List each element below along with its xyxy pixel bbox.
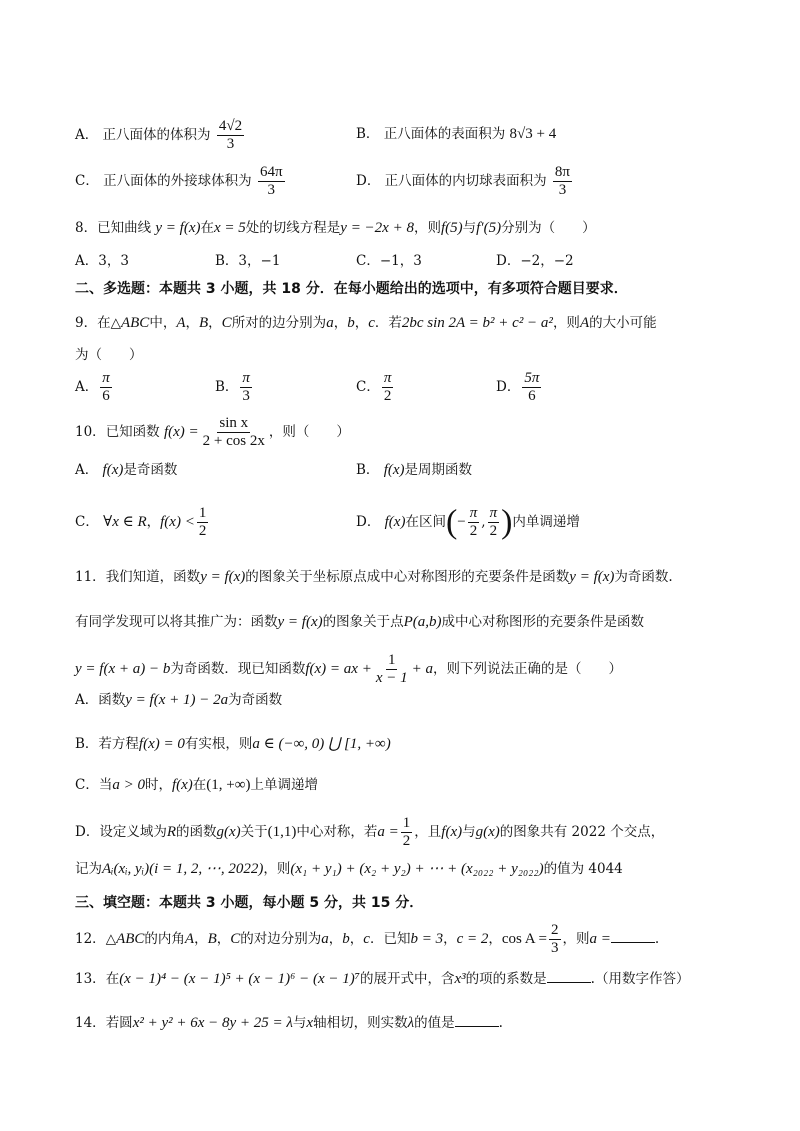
text: 时， [145,777,172,793]
question-8: 8．已知曲线 y = f(x)在x = 5处的切线方程是y = −2x + 8，… [75,218,596,238]
text: ， [147,514,161,530]
question-number: 8． [75,220,97,236]
math-var: A [176,315,185,331]
text: 在 [201,220,215,236]
text: ．已知 [370,931,411,947]
math-expr: 2bc sin 2A = b² + c² − a² [402,315,553,331]
option-text: 是奇函数 [123,462,177,478]
math-expr: ∀x ∈ R [103,514,146,530]
option-label: C． [75,777,99,793]
q7-option-d: D． 正八面体的内切球表面积为 8π3 [356,164,574,199]
math-expr: y = f(x + a) − b [75,661,170,677]
math-expr: f(x) = [164,424,199,440]
math-expr: f(x) [385,514,406,530]
text: 处的切线方程是 [246,220,341,236]
text: 在△ [97,315,121,331]
option-value: −2，−2 [520,253,573,269]
denominator: 3 [265,182,277,199]
numerator: π [100,370,112,388]
numerator: π [240,370,252,388]
option-value: 3，3 [98,253,129,269]
numerator: 4√2 [217,118,244,136]
text: 中心对称，若 [296,824,377,840]
math-var: b [342,931,350,947]
option-label: D． [356,514,380,530]
math-expr: f(5) [441,220,463,236]
option-label: D． [75,824,99,840]
math-expr: a ∈ (−∞, 0) ⋃ [1, +∞) [252,736,390,752]
denominator: 2 [488,523,500,540]
q11-option-a: A．函数y = f(x + 1) − 2a为奇函数 [75,690,282,710]
q7-option-b: B． 正八面体的表面积为 8√3 + 4 [356,124,556,144]
text: 有实根，则 [185,736,253,752]
math-expr: f(x) = 0 [139,736,185,752]
denominator: 3 [240,388,252,405]
math-expr: b = 3 [410,931,443,947]
text: 有同学发现可以将其推广为：函数 [75,614,278,630]
numerator: 64π [258,164,285,182]
text: 记为 [75,861,102,877]
math-expr: ABC [116,931,144,947]
fraction: π2 [382,370,394,405]
answer-parens: 分别为（ ） [501,220,596,236]
question-number: 14． [75,1015,106,1031]
option-text: 正八面体的内切球表面积为 [385,173,547,189]
option-label: B． [75,736,98,752]
numerator: sin x [217,415,250,433]
fraction: sin x2 + cos 2x [201,415,267,450]
text: 函数 [98,692,125,708]
text: 若圆 [106,1015,133,1031]
option-label: A． [75,692,98,708]
text: .（用数字作答） [591,971,690,987]
math-expr: y = f(x + 1) − 2a [125,692,228,708]
text: 的函数 [176,824,217,840]
question-11-line-3: y = f(x + a) − b为奇函数．现已知函数f(x) = ax +1x … [75,652,622,687]
option-label: A． [75,127,98,143]
math-expr: a = [590,931,611,947]
math-expr: f(x) [103,462,124,478]
question-14: 14．若圆x² + y² + 6x − 8y + 25 = λ与x轴相切，则实数… [75,1012,503,1033]
option-text: 正八面体的外接球体积为 [103,173,252,189]
math-expr: x² + y² + 6x − 8y + 25 = λ [133,1015,293,1031]
denominator: 3 [557,182,569,199]
q9-option-c: C．π2 [356,370,395,405]
fraction: 64π3 [258,164,285,199]
option-label: A． [75,379,98,395]
q7-option-a: A． 正八面体的体积为 4√23 [75,118,246,153]
math-var: a [321,931,329,947]
math-expr: y = −2x + 8 [340,220,414,236]
text: ，则 [263,861,290,877]
math-expr: + a [412,661,433,677]
question-10: 10．已知函数 f(x) =sin x2 + cos 2x，则（ ） [75,415,350,450]
math-expr: f(x) = ax + [305,661,371,677]
fraction: π6 [100,370,112,405]
option-label: C． [356,253,380,269]
fraction: π2 [468,505,480,540]
answer-parens: ，则（ ） [269,424,350,440]
text: 为奇函数．现已知函数 [170,661,305,677]
minus-sign: − [457,514,465,530]
math-expr: f(x) [172,777,193,793]
fraction: π3 [240,370,252,405]
q8-option-b: B．3，−1 [215,251,280,271]
math-expr: y = f(x) [569,569,614,585]
question-12: 12．△ABC的内角A，B，C的对边分别为a，b，c．已知b = 3，c = 2… [75,922,659,957]
text: 与 [463,220,477,236]
q8-option-d: D．−2，−2 [496,251,574,271]
numerator: 5π [522,370,541,388]
math-var: B [199,315,208,331]
numerator: 1 [401,815,413,833]
option-label: B． [356,126,379,142]
text: ，则 [414,220,441,236]
math-expr: (x − 1)⁴ − (x − 1)⁵ + (x − 1)⁶ − (x − 1)… [119,971,360,987]
text: 为奇函数 [228,692,282,708]
section-heading-fill-in: 三、填空题：本题共 3 小题，每小题 5 分，共 15 分． [75,893,423,913]
numerator: 1 [386,652,398,670]
q8-option-c: C．−1，3 [356,251,422,271]
text: 所对的边分别为 [232,315,327,331]
option-label: A． [75,253,98,269]
option-label: A． [75,462,98,478]
option-text: 正八面体的表面积为 [384,126,506,142]
question-11: 11．我们知道，函数y = f(x)的图象关于坐标原点成中心对称图形的充要条件是… [75,567,673,587]
math-var: R [167,824,176,840]
q10-option-d: D． f(x)在区间(−π2,π2)内单调递增 [356,505,580,540]
math-expr: f(x) < [160,514,195,530]
math-var: c [368,315,375,331]
math-expr: cos A = [502,931,547,947]
text: 与 [293,1015,307,1031]
option-label: C． [356,379,380,395]
numerator: 1 [197,505,209,523]
text: 的值是 [414,1015,455,1031]
option-label: C． [75,173,99,189]
denominator: 2 + cos 2x [201,433,267,450]
option-label: D． [356,173,380,189]
text: 已知曲线 [97,220,151,236]
denominator: 6 [100,388,112,405]
question-number: 9． [75,315,97,331]
text: 在 [193,777,207,793]
q9-option-a: A．π6 [75,370,114,405]
q11-option-c: C．当a > 0时，f(x)在(1, +∞)上单调递增 [75,775,318,795]
fraction: 4√23 [217,118,244,153]
text: 在 [106,971,120,987]
q9-option-b: B．π3 [215,370,254,405]
text: 我们知道，函数 [106,569,201,585]
math-expr: g(x) [217,824,241,840]
math-expr: x³ [455,971,466,987]
q11-option-d: D．设定义域为R的函数g(x)关于(1,1)中心对称，若a =12，且f(x)与… [75,815,664,850]
denominator: 6 [526,388,538,405]
option-text: 内单调递增 [512,514,580,530]
text: 轴相切，则实数 [313,1015,408,1031]
denominator: 3 [225,136,237,153]
math-var: A [580,315,589,331]
text: 与 [462,824,476,840]
numerator: π [382,370,394,388]
fraction: 8π3 [553,164,572,199]
question-number: 13． [75,971,106,987]
text: 的值为 4044 [544,861,623,877]
numerator: 8π [553,164,572,182]
q10-option-b: B． f(x)是周期函数 [356,460,472,480]
option-label: C． [75,514,99,530]
text: 的图象关于点 [323,614,404,630]
math-var: B [208,931,217,947]
text: ，且 [414,824,441,840]
denominator: 2 [468,523,480,540]
question-13: 13．在(x − 1)⁴ − (x − 1)⁵ + (x − 1)⁶ − (x … [75,968,689,989]
math-expr: x = 5 [214,220,246,236]
fraction: 12 [401,815,413,850]
section-heading-multiple-choice: 二、多选题：本题共 3 小题，共 18 分．在每小题给出的选项中，有多项符合题目… [75,279,628,299]
q10-option-a: A． f(x)是奇函数 [75,460,177,480]
denominator: 2 [382,388,394,405]
text: 成中心对称图形的充要条件是函数 [442,614,645,630]
right-paren: ) [501,504,512,541]
text: ，则 [563,931,590,947]
q11-option-b: B．若方程f(x) = 0有实根，则a ∈ (−∞, 0) ⋃ [1, +∞) [75,734,391,754]
option-value: 3，−1 [238,253,280,269]
math-var: c [363,931,370,947]
fraction: π2 [488,505,500,540]
option-label: B． [215,253,238,269]
question-11-line-2: 有同学发现可以将其推广为：函数y = f(x)的图象关于点P(a,b)成中心对称… [75,612,644,632]
q8-option-a: A．3，3 [75,251,129,271]
math-expr: Aᵢ(xᵢ, yᵢ)(i = 1, 2, ⋯, 2022) [102,861,263,877]
text: 为奇函数. [614,569,672,585]
denominator: 3 [549,940,561,957]
math-expr: (1, +∞) [206,777,250,793]
option-text: 是周期函数 [405,462,473,478]
question-9: 9．在△ABC中，A，B，C所对的边分别为a，b，c．若2bc sin 2A =… [75,313,657,333]
question-number: 11． [75,569,106,585]
answer-blank[interactable] [547,968,591,983]
math-expr: g(x) [476,824,500,840]
math-expr: a > 0 [112,777,145,793]
option-value: −1，3 [380,253,422,269]
text: 上单调递增 [250,777,318,793]
math-expr: y = f(x) [155,220,200,236]
q11-option-d-line-2: 记为Aᵢ(xᵢ, yᵢ)(i = 1, 2, ⋯, 2022)，则(x₁ + y… [75,859,623,879]
text: 若方程 [98,736,139,752]
text: . [655,931,659,947]
text: 已知函数 [106,424,160,440]
numerator: π [468,505,480,523]
text: 的项的系数是 [466,971,547,987]
answer-blank[interactable] [611,928,655,943]
option-text: 在区间 [405,514,446,530]
math-expr: (1,1) [268,824,297,840]
text: △ [106,931,116,947]
text: ．若 [375,315,402,331]
text: 的大小可能 [589,315,657,331]
denominator: x − 1 [374,670,410,687]
option-label: B． [215,379,238,395]
text: 的内角 [144,931,185,947]
q7-option-c: C． 正八面体的外接球体积为 64π3 [75,164,287,199]
math-expr: f(x) [384,462,405,478]
question-number: 10． [75,424,106,440]
fraction: 12 [197,505,209,540]
fraction: 1x − 1 [374,652,410,687]
option-text: 正八面体的体积为 [103,127,211,143]
math-expr: P(a,b) [404,614,442,630]
numerator: 2 [549,922,561,940]
math-expr: 8√3 + 4 [510,126,557,142]
text: 中， [149,315,176,331]
text: 的对边分别为 [240,931,321,947]
math-expr: y = f(x) [200,569,245,585]
denominator: 2 [197,523,209,540]
denominator: 2 [401,833,413,850]
math-expr: f′(5) [476,220,501,236]
fraction: 23 [549,922,561,957]
math-expr: (x₁ + y₁) + (x₂ + y₂) + ⋯ + (x₂₀₂₂ + y₂₀… [290,861,543,877]
option-label: D． [496,253,520,269]
text: . [499,1015,503,1031]
math-expr: c = 2 [457,931,489,947]
math-expr: f(x) [441,824,462,840]
left-paren: ( [446,504,457,541]
math-var: b [347,315,355,331]
math-expr: a = [377,824,398,840]
answer-blank[interactable] [455,1012,499,1027]
fraction: 5π6 [522,370,541,405]
option-label: D． [496,379,520,395]
option-label: B． [356,462,379,478]
q10-option-c: C． ∀x ∈ R，f(x) <12 [75,505,210,540]
text: ，则 [553,315,580,331]
text: 设定义域为 [99,824,167,840]
text: 当 [99,777,113,793]
math-var: C [230,931,240,947]
math-expr: y = f(x) [278,614,323,630]
numerator: π [488,505,500,523]
q9-option-d: D．5π6 [496,370,543,405]
text: 的图象关于坐标原点成中心对称图形的充要条件是函数 [245,569,569,585]
question-number: 12． [75,931,106,947]
text: 的图象共有 2022 个交点， [500,824,664,840]
text: 关于 [241,824,268,840]
text: 的展开式中，含 [360,971,455,987]
math-expr: ABC [121,315,149,331]
question-9-cont: 为（ ） [75,345,143,365]
math-var: A [185,931,194,947]
math-var: C [222,315,232,331]
answer-parens: ，则下列说法正确的是（ ） [433,661,622,677]
math-var: a [326,315,334,331]
